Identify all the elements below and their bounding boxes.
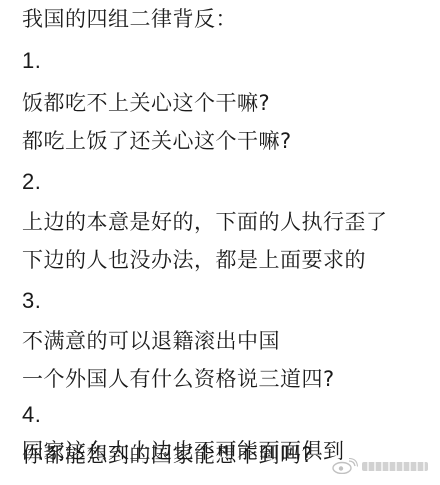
weibo-logo-icon	[332, 458, 358, 474]
section-2-line-1: 上边的本意是好的，下面的人执行歪了	[22, 207, 388, 237]
section-number-4: 4.	[22, 400, 41, 430]
section-3-line-2: 一个外国人有什么资格说三道四?	[22, 364, 335, 394]
section-number-3: 3.	[22, 286, 41, 316]
watermark-username-blurred	[362, 462, 428, 471]
section-number-1: 1.	[22, 46, 41, 76]
section-1-line-1: 饭都吃不上关心这个干嘛?	[22, 88, 270, 118]
section-4-line-2: 国家这么大上边也不可能面面俱到	[22, 436, 345, 466]
section-number-2: 2.	[22, 167, 41, 197]
document-title: 我国的四组二律背反：	[22, 4, 237, 34]
watermark	[332, 458, 428, 474]
section-1-line-2: 都吃上饭了还关心这个干嘛?	[22, 126, 292, 156]
section-2-line-2: 下边的人也没办法，都是上面要求的	[22, 245, 366, 275]
section-3-line-1: 不满意的可以退籍滚出中国	[22, 326, 280, 356]
